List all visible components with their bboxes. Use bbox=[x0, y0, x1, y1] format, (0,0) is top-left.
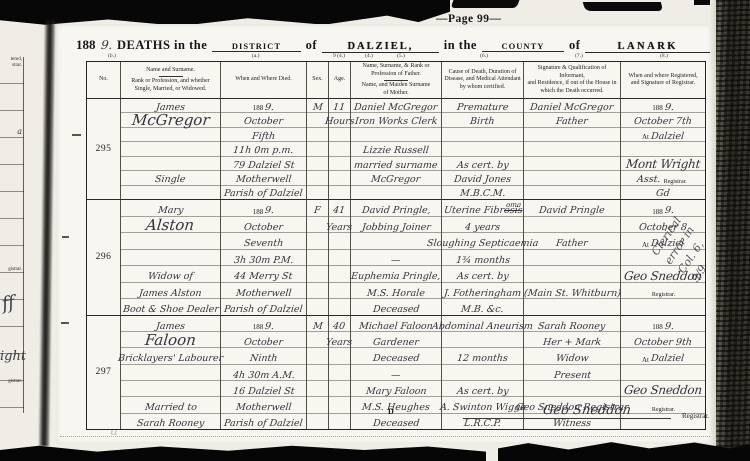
sub-line: 44 Merry St bbox=[221, 266, 306, 283]
handwritten-text: — bbox=[391, 256, 401, 266]
sub-line: Years bbox=[329, 217, 350, 234]
sub-line bbox=[351, 128, 441, 142]
cell-died: 1889.OctoberSeventh3h 30m P.M.44 Merry S… bbox=[221, 200, 307, 315]
sub-line bbox=[524, 157, 620, 171]
sub-line: Married to bbox=[121, 397, 220, 413]
header-text: Cause of Death, Duration of bbox=[443, 69, 522, 77]
sub-line: Widow bbox=[524, 348, 620, 364]
sub-line: — bbox=[351, 365, 441, 381]
handwritten-text: — bbox=[391, 371, 401, 381]
handwritten-text: Motherwell bbox=[235, 289, 291, 299]
fragment-handwriting: ight bbox=[0, 349, 26, 364]
sub-line bbox=[307, 157, 328, 171]
sub-line bbox=[121, 186, 220, 199]
sub-line bbox=[307, 171, 328, 185]
handwritten-text: McGregor bbox=[371, 175, 421, 185]
sub-line: Fifth bbox=[221, 128, 306, 142]
sub-line bbox=[329, 414, 350, 429]
handwritten-text: Single bbox=[155, 175, 186, 185]
sub-line bbox=[307, 414, 328, 429]
sub-line: AtDalziel bbox=[621, 348, 705, 364]
register-title: 188 9. DEATHS in the DISTRICT of DALZIEL… bbox=[76, 37, 710, 53]
column-marker: (4.) bbox=[365, 53, 373, 59]
handwritten-text: Years bbox=[326, 223, 353, 233]
handwritten-text: Sarah Rooney bbox=[136, 419, 204, 429]
sub-line bbox=[329, 128, 350, 142]
header-cell: Sex. bbox=[307, 62, 329, 98]
sub-line: As cert. by bbox=[442, 381, 523, 397]
sub-line: Parish of Dalziel bbox=[221, 414, 306, 429]
cell-cause: PrematureBirthAs cert. byDavid JonesM.B.… bbox=[442, 99, 524, 199]
table-row: 296MaryAlstonWidow ofJames AlstonBoot & … bbox=[87, 200, 705, 316]
column-marker: 9 (4.) bbox=[333, 53, 345, 59]
sub-line bbox=[442, 128, 523, 142]
cell-name: JamesFaloonBricklayers' LabourerMarried … bbox=[121, 316, 221, 429]
sub-line: 79 Dalziel St bbox=[221, 157, 306, 171]
header-cell: When and Where Died. bbox=[221, 62, 307, 98]
handwritten-text: 16 Dalziel St bbox=[232, 387, 294, 397]
sub-line: J. Fotheringham bbox=[442, 283, 523, 300]
sub-line bbox=[329, 250, 350, 267]
handwritten-text: 12 months bbox=[457, 354, 509, 364]
handwritten-text: Her + Mark bbox=[542, 338, 601, 348]
handwritten-text: Witness bbox=[553, 419, 592, 429]
sub-line bbox=[121, 365, 220, 381]
column-marker: (b.) bbox=[108, 53, 116, 59]
sub-line bbox=[442, 365, 523, 381]
sub-line: 1889. bbox=[621, 316, 705, 332]
handwritten-text: James Alston bbox=[139, 289, 202, 299]
sub-line bbox=[307, 397, 328, 413]
scan-black-band-bottom-left bbox=[0, 444, 486, 461]
sub-line bbox=[524, 128, 620, 142]
signature: Geo Sneddon bbox=[623, 384, 702, 396]
printed-text: At bbox=[642, 356, 649, 364]
header-text: Name, Surname, & Rank or bbox=[352, 63, 440, 71]
column-marker: (8.) bbox=[660, 53, 668, 59]
sub-line: Seventh bbox=[221, 233, 306, 250]
table-body: 295JamesMcGregorSingle1889.OctoberFifth1… bbox=[87, 99, 705, 429]
printed-text: At bbox=[642, 133, 649, 141]
sub-line: McGregor bbox=[121, 113, 220, 127]
sub-line: 12 months bbox=[442, 348, 523, 364]
previous-page-fragment: tered, strar. a gistrar. ff ight gistrar… bbox=[0, 57, 24, 413]
handwritten-text: Mary bbox=[157, 206, 183, 216]
printed-text: 188 bbox=[253, 208, 264, 216]
handwritten-text: 40 bbox=[333, 322, 346, 332]
sub-line bbox=[307, 381, 328, 397]
handwritten-text: Sarah Rooney bbox=[538, 322, 606, 332]
handwritten-text: 4h 30m A.M. bbox=[232, 371, 295, 381]
sub-line bbox=[621, 142, 705, 156]
handwritten-text: Married to bbox=[144, 403, 197, 413]
sub-line: Iron Works Clerk bbox=[351, 113, 441, 127]
handwritten-text: Uterine Fibr bbox=[443, 206, 504, 216]
sub-line: Birth bbox=[442, 113, 523, 127]
registrar-label: Registrar. bbox=[682, 412, 709, 420]
header-text: of Mother. bbox=[352, 90, 440, 98]
header-text: Name, and Maiden Surname bbox=[352, 82, 440, 90]
margin-dash bbox=[62, 236, 69, 238]
sub-line: 41 bbox=[329, 200, 350, 217]
handwritten-text: Bricklayers' Labourer bbox=[118, 354, 224, 364]
handwritten-text: David Pringle, bbox=[361, 206, 431, 216]
cell-informant: David PringleFather(Main St. Whitburn) bbox=[524, 200, 621, 315]
handwritten-text: 9. bbox=[664, 322, 674, 332]
handwritten-text: 1¾ months bbox=[455, 256, 510, 266]
sub-line: McGregor bbox=[351, 171, 441, 185]
sub-line: Deceased bbox=[351, 414, 441, 429]
sub-line: Uterine Fibrosisoma bbox=[442, 200, 523, 217]
printed-text: 188 bbox=[253, 323, 264, 331]
handwritten-text: 9. bbox=[265, 103, 275, 113]
title-district-label: DISTRICT bbox=[212, 42, 300, 52]
handwritten-text: Dalziel bbox=[650, 354, 684, 364]
handwritten-text: Father bbox=[556, 239, 589, 249]
sub-line bbox=[307, 299, 328, 315]
handwritten-text: 4 years bbox=[464, 223, 500, 233]
title-year-printed: 188 bbox=[76, 37, 96, 53]
sub-line: October 9th bbox=[621, 332, 705, 348]
entry-number: 295 bbox=[96, 144, 112, 154]
fragment-text: gistrar. bbox=[8, 267, 22, 272]
sub-line bbox=[329, 142, 350, 156]
sub-line: Registrar. bbox=[621, 283, 705, 300]
sub-line: 1¾ months bbox=[442, 250, 523, 267]
header-cell: No. bbox=[87, 62, 121, 98]
sub-line: 4 years bbox=[442, 217, 523, 234]
sub-line bbox=[307, 142, 328, 156]
handwritten-text: Hours bbox=[324, 117, 355, 127]
handwritten-text: As cert. by bbox=[456, 161, 509, 171]
printed-text: At bbox=[642, 241, 649, 249]
table-row: 295JamesMcGregorSingle1889.OctoberFifth1… bbox=[87, 99, 705, 200]
register-table: No.Name and Surname.Rank or Profession, … bbox=[86, 61, 706, 430]
handwritten-text: Father bbox=[556, 117, 589, 127]
handwritten-text: L.R.C.P. bbox=[464, 419, 502, 429]
handwritten-text: M bbox=[312, 322, 323, 332]
sub-line: James bbox=[121, 316, 220, 332]
sub-line: James Alston bbox=[121, 283, 220, 300]
cell-died: 1889.OctoberNinth4h 30m A.M.16 Dalziel S… bbox=[221, 316, 307, 429]
handwritten-text: Lizzie Russell bbox=[363, 146, 430, 156]
sub-line bbox=[307, 348, 328, 364]
handwritten-text: Mary Faloon bbox=[365, 387, 427, 397]
title-county-value: LANARK bbox=[585, 41, 710, 53]
handwritten-text: David Pringle bbox=[539, 206, 606, 216]
registrar-signature: Geo Sneddon bbox=[542, 403, 632, 418]
sub-line: Alston bbox=[121, 217, 220, 234]
sub-line: M.B.C.M. bbox=[442, 186, 523, 199]
title-county-label: COUNTY bbox=[482, 42, 564, 52]
signature: Mont Wright bbox=[625, 158, 700, 170]
handwritten-text: Michael Faloon bbox=[359, 322, 434, 332]
sub-line bbox=[524, 381, 620, 397]
handwritten-text: McGregor bbox=[131, 113, 210, 128]
sub-line bbox=[307, 266, 328, 283]
title-of-2: of bbox=[569, 38, 580, 53]
handwritten-text: Present bbox=[553, 371, 591, 381]
sub-line: 1889. bbox=[621, 200, 705, 217]
handwritten-text: Fifth bbox=[251, 132, 275, 142]
cell-entry-number: 296 bbox=[87, 200, 121, 315]
sub-line: 1889. bbox=[221, 200, 306, 217]
cell-age: 11Hours bbox=[329, 99, 351, 199]
header-text: Profession of Father. bbox=[352, 71, 440, 79]
cell-informant: Daniel McGregorFather bbox=[524, 99, 621, 199]
sub-line bbox=[307, 283, 328, 300]
scan-black-spot bbox=[451, 0, 520, 8]
plate-letter: D bbox=[388, 407, 394, 416]
header-text: Disease, and Medical Attendant bbox=[443, 76, 522, 84]
column-marker: (5.) bbox=[397, 53, 405, 59]
scanned-death-register-page: tered, strar. a gistrar. ff ight gistrar… bbox=[0, 0, 750, 461]
handwritten-text: Widow bbox=[555, 354, 589, 364]
sub-line: 4h 30m A.M. bbox=[221, 365, 306, 381]
header-text: Single, Married, or Widowed. bbox=[122, 86, 219, 94]
fragment-handwriting: ff bbox=[0, 292, 16, 315]
handwritten-text: Motherwell bbox=[235, 175, 291, 185]
sub-line: 16 Dalziel St bbox=[221, 381, 306, 397]
sub-line: 1889. bbox=[221, 316, 306, 332]
sub-line: M bbox=[307, 316, 328, 332]
sub-line: Mary bbox=[121, 200, 220, 217]
handwritten-text: October bbox=[244, 117, 284, 127]
page-bottom-rule bbox=[60, 436, 710, 437]
sub-line bbox=[329, 348, 350, 364]
sub-line bbox=[524, 186, 620, 199]
handwritten-text: 11 bbox=[333, 103, 346, 113]
header-text: by whom certified. bbox=[443, 84, 522, 92]
cell-died: 1889.OctoberFifth11h 0m p.m.79 Dalziel S… bbox=[221, 99, 307, 199]
sub-line: 11h 0m p.m. bbox=[221, 142, 306, 156]
handwritten-text: October bbox=[244, 223, 284, 233]
sub-line: Deceased bbox=[351, 299, 441, 315]
sub-line: Years bbox=[329, 332, 350, 348]
sub-line: David Jones bbox=[442, 171, 523, 185]
sub-line bbox=[524, 250, 620, 267]
page-number-label: —Page 99— bbox=[436, 13, 502, 25]
sub-line bbox=[524, 266, 620, 283]
handwritten-text: Seventh bbox=[243, 239, 283, 249]
sub-line: M.S. Horale bbox=[351, 283, 441, 300]
sub-line: Daniel McGregor bbox=[524, 99, 620, 113]
sub-line: 1889. bbox=[221, 99, 306, 113]
sub-line: — bbox=[351, 250, 441, 267]
sub-line: 11 bbox=[329, 99, 350, 113]
column-marker: (a.) bbox=[252, 53, 259, 59]
sub-line: Mont Wright bbox=[621, 157, 705, 171]
handwritten-text: 9. bbox=[664, 103, 674, 113]
header-divider bbox=[159, 76, 183, 77]
title-heading: DEATHS in the bbox=[117, 38, 207, 53]
sub-line: (Main St. Whitburn) bbox=[524, 283, 620, 300]
sub-line: married surname bbox=[351, 157, 441, 171]
sub-line: Sarah Rooney bbox=[121, 414, 220, 429]
handwritten-text: married surname bbox=[354, 161, 438, 171]
header-text: When and where Registered, bbox=[622, 73, 704, 81]
sub-line bbox=[524, 171, 620, 185]
title-in-the: in the bbox=[444, 38, 477, 53]
sub-line: M.B. &c. bbox=[442, 299, 523, 315]
sub-line: Motherwell bbox=[221, 283, 306, 300]
sub-line bbox=[329, 186, 350, 199]
handwritten-text: 79 Dalziel St bbox=[232, 161, 294, 171]
handwritten-text: Deceased bbox=[372, 419, 419, 429]
handwritten-text: Jobbing Joiner bbox=[361, 223, 431, 233]
sub-line bbox=[329, 365, 350, 381]
sub-line: Present bbox=[524, 365, 620, 381]
book-gutter-shadow bbox=[38, 20, 56, 446]
sub-line bbox=[329, 171, 350, 185]
scan-black-spot bbox=[583, 2, 663, 11]
handwritten-text: James bbox=[156, 322, 186, 332]
handwritten-text: M.B. &c. bbox=[461, 305, 505, 315]
sub-line bbox=[621, 365, 705, 381]
sub-line bbox=[329, 233, 350, 250]
handwritten-text: Ninth bbox=[249, 354, 277, 364]
header-text: which the Death occurred. bbox=[525, 88, 619, 96]
printed-text: 188 bbox=[652, 208, 663, 216]
sub-line: F bbox=[307, 200, 328, 217]
handwritten-text: Parish of Dalziel bbox=[224, 189, 304, 199]
sub-line: October bbox=[221, 332, 306, 348]
sub-line: Parish of Dalziel bbox=[221, 299, 306, 315]
sub-line: 3h 30m P.M. bbox=[221, 250, 306, 267]
title-year-handwritten: 9. bbox=[100, 39, 113, 51]
sub-line: Widow of bbox=[121, 266, 220, 283]
cell-name: JamesMcGregorSingle bbox=[121, 99, 221, 199]
column-marker: (7.) bbox=[575, 53, 583, 59]
header-cell: Age. bbox=[329, 62, 351, 98]
handwritten-text: Deceased bbox=[372, 305, 419, 315]
sub-line bbox=[524, 142, 620, 156]
printed-text: 188 bbox=[652, 323, 663, 331]
sub-line: Gardener bbox=[351, 332, 441, 348]
handwritten-text: Asst. bbox=[637, 175, 661, 185]
printed-text: 188 bbox=[652, 104, 663, 112]
sub-line bbox=[329, 397, 350, 413]
header-text: Rank or Profession, and whether bbox=[122, 78, 219, 86]
sub-line: Asst.Registrar. bbox=[621, 171, 705, 185]
header-text: and Signature of Registrar. bbox=[622, 80, 704, 88]
sub-line: As cert. by bbox=[442, 157, 523, 171]
cell-registered: 1889.October 7thAtDalzielMont WrightAsst… bbox=[621, 99, 705, 199]
sub-line bbox=[307, 128, 328, 142]
header-text: Sex. bbox=[308, 76, 327, 84]
sub-line: Father bbox=[524, 113, 620, 127]
handwritten-text: 9. bbox=[265, 322, 275, 332]
handwritten-text: Widow of bbox=[148, 272, 194, 282]
sub-line: As cert. by bbox=[442, 266, 523, 283]
handwritten-text: 41 bbox=[333, 206, 346, 216]
handwritten-text: Gardener bbox=[373, 338, 420, 348]
handwritten-text: 44 Merry St bbox=[234, 272, 293, 282]
cell-cause: Uterine Fibrosisoma4 yearsSloughing Sept… bbox=[442, 200, 524, 315]
handwritten-text: Alston bbox=[146, 218, 196, 233]
header-cell: When and where Registered,and Signature … bbox=[621, 62, 705, 98]
handwritten-text: Motherwell bbox=[235, 403, 291, 413]
sub-line: 40 bbox=[329, 316, 350, 332]
cell-sex: F bbox=[307, 200, 329, 315]
header-text: When and Where Died. bbox=[222, 76, 305, 84]
entry-number: 296 bbox=[96, 252, 112, 262]
header-text: No. bbox=[88, 76, 119, 84]
entry-number: 297 bbox=[96, 367, 112, 377]
sub-line bbox=[329, 283, 350, 300]
sub-line bbox=[121, 128, 220, 142]
header-text: Name and Surname. bbox=[122, 67, 219, 75]
handwritten-text: Gd bbox=[656, 189, 671, 199]
cell-father: Daniel McGregorIron Works ClerkLizzie Ru… bbox=[351, 99, 442, 199]
cell-entry-number: 297 bbox=[87, 316, 121, 429]
fragment-text: tered, bbox=[11, 57, 22, 62]
handwritten-text: Sloughing Septicaemia bbox=[426, 239, 538, 249]
title-district-value: DALZIEL, bbox=[322, 41, 439, 53]
margin-dash bbox=[61, 322, 69, 324]
sub-line: October bbox=[221, 113, 306, 127]
sub-line: Gd bbox=[621, 186, 705, 199]
sub-line bbox=[442, 142, 523, 156]
sub-line bbox=[329, 299, 350, 315]
sub-line: Motherwell bbox=[221, 171, 306, 185]
margin-dash bbox=[72, 134, 81, 136]
handwritten-text: M.S. Heughes bbox=[362, 403, 431, 413]
sub-line bbox=[621, 299, 705, 315]
sub-line: Hours bbox=[329, 113, 350, 127]
cell-father: David Pringle,Jobbing Joiner—Euphemia Pr… bbox=[351, 200, 442, 315]
table-header-row: No.Name and Surname.Rank or Profession, … bbox=[87, 62, 705, 99]
handwritten-text: Parish of Dalziel bbox=[224, 419, 304, 429]
sub-line bbox=[524, 299, 620, 315]
cell-age: 41Years bbox=[329, 200, 351, 315]
sub-line: Abdominal Aneurism bbox=[442, 316, 523, 332]
sub-line bbox=[121, 381, 220, 397]
handwritten-text: 11h 0m p.m. bbox=[233, 146, 294, 156]
sub-line bbox=[329, 157, 350, 171]
sub-line: October 7th bbox=[621, 113, 705, 127]
handwritten-text: Premature bbox=[456, 103, 508, 113]
handwritten-text: Daniel McGregor bbox=[530, 103, 614, 113]
handwritten-text: Deceased bbox=[372, 354, 419, 364]
scan-dark-margin-right bbox=[716, 0, 750, 461]
sub-line bbox=[524, 217, 620, 234]
title-of-1: of bbox=[306, 38, 317, 53]
cell-sex: M bbox=[307, 316, 329, 429]
handwritten-text: M bbox=[312, 103, 323, 113]
handwritten-text: Parish of Dalziel bbox=[224, 305, 304, 315]
scan-black-band-top bbox=[0, 0, 450, 26]
handwritten-text: Faloon bbox=[144, 333, 196, 348]
handwritten-text: Daniel McGregor bbox=[354, 103, 438, 113]
header-cell: Cause of Death, Duration ofDisease, and … bbox=[442, 62, 524, 98]
cell-entry-number: 295 bbox=[87, 99, 121, 199]
cell-name: MaryAlstonWidow ofJames AlstonBoot & Sho… bbox=[121, 200, 221, 315]
sub-line: Euphemia Pringle, bbox=[351, 266, 441, 283]
handwritten-text: Iron Works Clerk bbox=[354, 117, 437, 127]
header-cell: Signature & Qualification of Informant,a… bbox=[524, 62, 621, 98]
handwritten-text: M.S. Horale bbox=[367, 289, 426, 299]
sub-line bbox=[121, 142, 220, 156]
sub-line: 1889. bbox=[621, 99, 705, 113]
header-text: Signature & Qualification of Informant, bbox=[525, 65, 619, 80]
handwritten-text: As cert. by bbox=[456, 272, 509, 282]
sub-line bbox=[307, 186, 328, 199]
sub-line: Mary Faloon bbox=[351, 381, 441, 397]
sub-line: Parish of Dalziel bbox=[221, 186, 306, 199]
sub-line: Her + Mark bbox=[524, 332, 620, 348]
handwritten-text: October bbox=[244, 338, 284, 348]
